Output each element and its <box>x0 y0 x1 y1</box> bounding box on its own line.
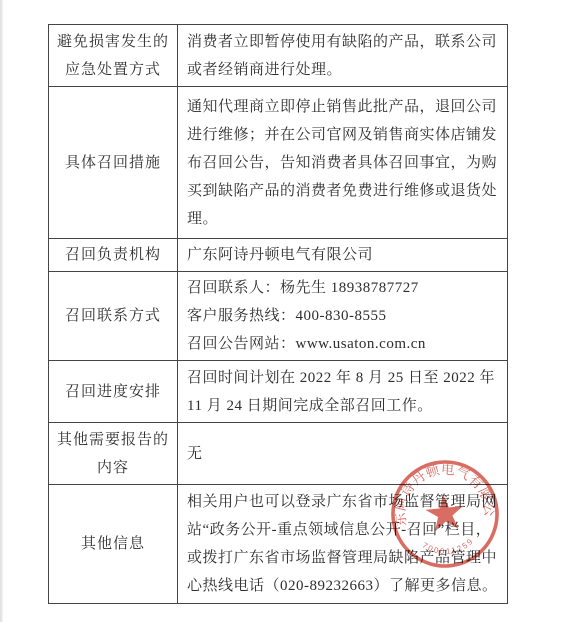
scan-page-edge <box>0 0 3 622</box>
content-line: 通知代理商立即停止销售此批产品，退回公司 <box>187 93 502 121</box>
content-line: 或者经销商进行处理。 <box>187 56 502 84</box>
content-line: 召回时间计划在 2022 年 8 月 25 日至 2022 年 <box>187 364 502 392</box>
table-row-schedule: 召回进度安排 召回时间计划在 2022 年 8 月 25 日至 2022 年 1… <box>49 361 508 423</box>
table-row-recall-measures: 具体召回措施 通知代理商立即停止销售此批产品，退回公司 进行维修；并在公司官网及… <box>49 87 508 239</box>
content-line: 或拨打广东省市场监督管理局缺陷产品管理中 <box>187 544 502 572</box>
recall-info-table: 避免损害发生的 应急处置方式 消费者立即暂停使用有缺陷的产品，联系公司 或者经销… <box>48 24 508 604</box>
content-line: 无 <box>187 440 502 468</box>
content-line: 心热线电话（020-89232663）了解更多信息。 <box>187 572 502 600</box>
content-line: 布召回公告，告知消费者具体召回事宜，为购 <box>187 149 502 177</box>
table-row-responsible-org: 召回负责机构 广东阿诗丹顿电气有限公司 <box>49 239 508 272</box>
content-line: 召回联系人：杨先生 18938787727 <box>187 274 502 302</box>
row-label: 召回负责机构 <box>49 239 178 272</box>
table-row-other-report: 其他需要报告的 内容 无 <box>49 423 508 485</box>
table-row-other-info: 其他信息 相关用户也可以登录广东省市场监督管理局网 站“政务公开-重点领域信息公… <box>49 485 508 604</box>
content-line: 买到缺陷产品的消费者免费进行维修或退货处 <box>187 177 502 205</box>
table-row-emergency-measures: 避免损害发生的 应急处置方式 消费者立即暂停使用有缺陷的产品，联系公司 或者经销… <box>49 25 508 87</box>
content-line: 消费者立即暂停使用有缺陷的产品，联系公司 <box>187 28 502 56</box>
content-line: 广东阿诗丹顿电气有限公司 <box>187 241 502 269</box>
row-content: 无 <box>178 423 508 485</box>
row-label: 具体召回措施 <box>49 87 178 239</box>
row-content: 召回联系人：杨先生 18938787727 客户服务热线：400-830-855… <box>178 272 508 361</box>
content-line: 客户服务热线：400-830-8555 <box>187 302 502 330</box>
content-line: 站“政务公开-重点领域信息公开-召回”栏目， <box>187 516 502 544</box>
page: { "document": { "table": { "rows": [ { "… <box>0 0 561 622</box>
row-label: 召回进度安排 <box>49 361 178 423</box>
row-label: 召回联系方式 <box>49 272 178 361</box>
row-label: 避免损害发生的 应急处置方式 <box>49 25 178 87</box>
row-content: 召回时间计划在 2022 年 8 月 25 日至 2022 年 11 月 24 … <box>178 361 508 423</box>
content-line: 理。 <box>187 205 502 233</box>
row-content: 消费者立即暂停使用有缺陷的产品，联系公司 或者经销商进行处理。 <box>178 25 508 87</box>
content-line: 召回公告网站：www.usaton.com.cn <box>187 330 502 358</box>
table-row-contact-info: 召回联系方式 召回联系人：杨先生 18938787727 客户服务热线：400-… <box>49 272 508 361</box>
content-line: 11 月 24 日期间完成全部召回工作。 <box>187 392 502 420</box>
content-line: 进行维修；并在公司官网及销售商实体店铺发 <box>187 121 502 149</box>
row-label: 其他需要报告的 内容 <box>49 423 178 485</box>
content-line: 相关用户也可以登录广东省市场监督管理局网 <box>187 488 502 516</box>
row-content: 广东阿诗丹顿电气有限公司 <box>178 239 508 272</box>
row-content: 相关用户也可以登录广东省市场监督管理局网 站“政务公开-重点领域信息公开-召回”… <box>178 485 508 604</box>
row-content: 通知代理商立即停止销售此批产品，退回公司 进行维修；并在公司官网及销售商实体店铺… <box>178 87 508 239</box>
row-label: 其他信息 <box>49 485 178 604</box>
